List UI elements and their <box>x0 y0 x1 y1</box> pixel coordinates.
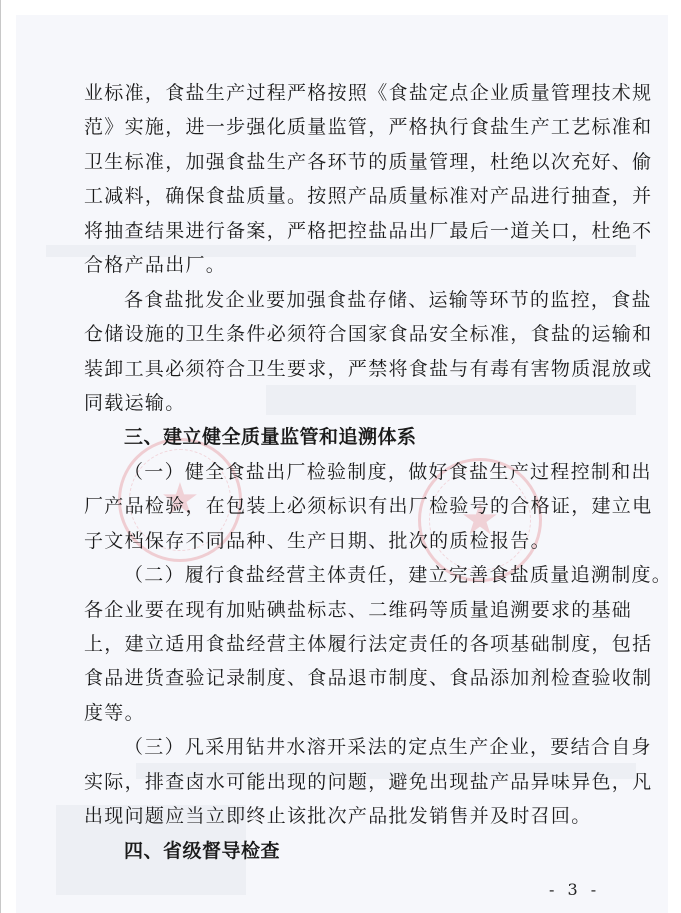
page-number: - 3 - <box>549 880 600 899</box>
text-line: 食品进货查验记录制度、食品退市制度、食品添加剂检查验收制 <box>84 661 596 695</box>
text-line: 将抽查结果进行备案，严格把控盐品出厂最后一道关口，杜绝不 <box>84 214 596 248</box>
paragraph-start: （二）履行食盐经营主体责任，建立完善食盐质量追溯制度。 <box>84 558 596 592</box>
text-line: 合格产品出厂。 <box>84 248 596 282</box>
text-line: 厂产品检验，在包装上必须标识有出厂检验号的合格证，建立电 <box>84 489 596 523</box>
text-line: 实际，排查卤水可能出现的问题，避免出现盐产品异味异色，凡 <box>84 765 596 799</box>
section-heading-3: 三、建立健全质量监管和追溯体系 <box>84 420 596 454</box>
text-line: 上，建立适用食盐经营主体履行法定责任的各项基础制度，包括 <box>84 627 596 661</box>
scan-edge-line <box>0 0 1 913</box>
paragraph-start: 各食盐批发企业要加强食盐存储、运输等环节的监控，食盐 <box>84 283 596 317</box>
text-line: 度等。 <box>84 696 596 730</box>
text-line: 同载运输。 <box>84 386 596 420</box>
text-line: 卫生标准，加强食盐生产各环节的质量管理，杜绝以次充好、偷 <box>84 145 596 179</box>
text-line: 业标准，食盐生产过程严格按照《食盐定点企业质量管理技术规 <box>84 76 596 110</box>
text-line: 装卸工具必须符合卫生要求，严禁将食盐与有毒有害物质混放或 <box>84 352 596 386</box>
text-line: 子文档保存不同品种、生产日期、批次的质检报告。 <box>84 524 596 558</box>
text-line: 各企业要在现有加贴碘盐标志、二维码等质量追溯要求的基础 <box>84 593 596 627</box>
text-line: 范》实施，进一步强化质量监管，严格执行食盐生产工艺标准和 <box>84 110 596 144</box>
text-line: 出现问题应当立即终止该批次产品批发销售并及时召回。 <box>84 799 596 833</box>
document-body: 业标准，食盐生产过程严格按照《食盐定点企业质量管理技术规 范》实施，进一步强化质… <box>84 76 596 868</box>
section-heading-4: 四、省级督导检查 <box>84 834 596 868</box>
text-line: 工减料，确保食盐质量。按照产品质量标准对产品进行抽查，并 <box>84 179 596 213</box>
paragraph-start: （一）健全食盐出厂检验制度，做好食盐生产过程控制和出 <box>84 455 596 489</box>
paragraph-start: （三）凡采用钻井水溶开采法的定点生产企业，要结合自身 <box>84 730 596 764</box>
text-line: 仓储设施的卫生条件必须符合国家食品安全标准，食盐的运输和 <box>84 317 596 351</box>
